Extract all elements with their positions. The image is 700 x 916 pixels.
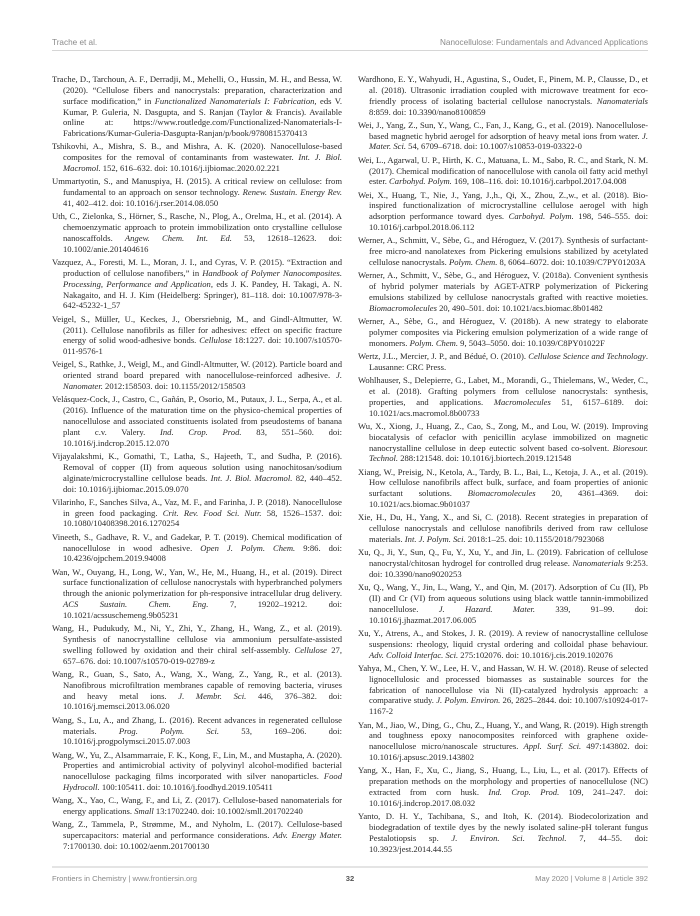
reference-details: 152, 616–632. doi: 10.1016/j.ijbiomac.20… [101, 163, 280, 173]
reference-entry: Vazquez, A., Foresti, M. L., Moran, J. I… [52, 257, 342, 311]
reference-entry: Wei, X., Huang, T., Nie, J., Yang, J.,h.… [358, 190, 648, 233]
reference-source: Open J. Polym. Chem. [200, 543, 295, 553]
reference-source: Ind. Crop. Prod. [488, 787, 559, 797]
reference-source: Angew. Chem. Int. Ed. [125, 233, 232, 243]
reference-source: Appl. Surf. Sci. [523, 741, 581, 751]
journal-website-link[interactable]: Frontiers in Chemistry | www.frontiersin… [52, 874, 197, 883]
reference-entry: Wertz, J.L., Mercier, J. P., and Bédué, … [358, 351, 648, 373]
reference-entry: Veigel, S., Müller, U., Keckes, J., Ober… [52, 314, 342, 357]
reference-source: Functionalized Nanomaterials I: Fabricat… [155, 96, 315, 106]
references-column-right: Wardhono, E. Y., Wahyudi, H., Agustina, … [358, 74, 648, 857]
reference-source: J. Membr. Sci. [178, 691, 246, 701]
reference-source: J. Hazard. Mater. [439, 604, 535, 614]
reference-source: Int. J. Biol. Macromol. [211, 473, 293, 483]
reference-entry: Wang, R., Guan, S., Sato, A., Wang, X., … [52, 669, 342, 712]
reference-text: Wei, J., Yang, Z., Sun, Y., Wang, C., Fa… [358, 120, 648, 141]
reference-details: 2012:158503. doi: 10.1155/2012/158503 [103, 381, 246, 391]
reference-entry: Tshikovhi, A., Mishra, S. B., and Mishra… [52, 141, 342, 174]
reference-text: Werner, A., Schmitt, V., Sèbe, G., and H… [358, 270, 648, 302]
reference-source: Biomacromolecules [468, 488, 536, 498]
reference-entry: Xie, H., Du, H., Yang, X., and Si, C. (2… [358, 512, 648, 545]
reference-source: Cellulose Science and Technology [528, 351, 646, 361]
reference-text: Wang, W., Yu, Z., Alsammarraie, F. K., K… [52, 750, 342, 782]
reference-entry: Yanto, D. H. Y., Tachibana, S., and Itoh… [358, 811, 648, 854]
reference-details: 275:102076. doi: 10.1016/j.cis.2019.1020… [458, 650, 613, 660]
reference-details: 169, 108–116. doi: 10.1016/j.carbpol.201… [452, 176, 627, 186]
reference-entry: Wei, L., Agarwal, U. P., Hirth, K. C., M… [358, 155, 648, 188]
reference-source: Nanomaterials [597, 96, 648, 106]
reference-entry: Trache, D., Tarchoun, A. F., Derradji, M… [52, 74, 342, 139]
reference-details: 20, 490–501. doi: 10.1021/acs.biomac.8b0… [437, 303, 603, 313]
reference-entry: Yahya, M., Chen, Y. W., Lee, H. V., and … [358, 663, 648, 717]
reference-entry: Xu, Q., Wang, Y., Jin, L., Wang, Y., and… [358, 582, 648, 625]
reference-source: Biomacromolecules [369, 303, 437, 313]
page: Trache et al. Nanocellulose: Fundamental… [0, 0, 700, 916]
reference-entry: Wang, Z., Tammela, P., Strømme, M., and … [52, 819, 342, 852]
reference-entry: Yan, M., Jiao, W., Ding, G., Chu, Z., Hu… [358, 720, 648, 763]
reference-entry: Wohlhauser, S., Delepierre, G., Labet, M… [358, 375, 648, 418]
reference-source: ACS Sustain. Chem. Eng. [63, 599, 208, 609]
footer-divider [52, 866, 648, 868]
reference-text: Xu, Y., Atrens, A., and Stokes, J. R. (2… [358, 628, 648, 649]
page-number: 32 [346, 874, 354, 883]
reference-source: Adv. Energy Mater. [273, 830, 342, 840]
reference-source: Polym. Chem. [410, 338, 458, 348]
reference-entry: Ummartyotin, S., and Manuspiya, H. (2015… [52, 176, 342, 209]
reference-source: Ind. Crop. Prod. [160, 427, 242, 437]
reference-source: J. Environ. Sci. Technol. [451, 833, 566, 843]
reference-source: Macromolecules [494, 397, 551, 407]
reference-entry: Wei, J., Yang, Z., Sun, Y., Wang, C., Fa… [358, 120, 648, 153]
reference-text: Wu, X., Xiong, J., Huang, Z., Cao, S., Z… [358, 421, 648, 453]
reference-details: 8:859. doi: 10.3390/nano8100859 [369, 107, 486, 117]
reference-source: Polym. Chem. [449, 257, 497, 267]
reference-source: Prog. Polym. Sci. [119, 726, 219, 736]
reference-entry: Wang, S., Lu, A., and Zhang, L. (2016). … [52, 715, 342, 748]
reference-entry: Xu, Y., Atrens, A., and Stokes, J. R. (2… [358, 628, 648, 661]
running-head-authors: Trache et al. [52, 38, 97, 47]
reference-entry: Velásquez-Cock, J., Castro, C., Gañán, P… [52, 394, 342, 448]
reference-details: 7:1700130. doi: 10.1002/aenm.201700130 [63, 841, 209, 851]
references-column-left: Trache, D., Tarchoun, A. F., Derradji, M… [52, 74, 342, 857]
reference-entry: Wu, X., Xiong, J., Huang, Z., Cao, S., Z… [358, 421, 648, 464]
reference-details: 100:105411. doi: 10.1016/j.foodhyd.2019.… [100, 782, 273, 792]
reference-source: Nanomaterials [573, 558, 624, 568]
reference-source: Small [134, 806, 154, 816]
reference-entry: Vijayalakshmi, K., Gomathi, T., Latha, S… [52, 451, 342, 494]
reference-entry: Vilarinho, F., Sanches Silva, A., Vaz, M… [52, 497, 342, 530]
reference-source: Renew. Sustain. Energy Rev. [243, 187, 342, 197]
reference-entry: Werner, A., Schmitt, V., Sèbe, G., and H… [358, 270, 648, 313]
reference-text: Wertz, J.L., Mercier, J. P., and Bédué, … [358, 351, 528, 361]
reference-entry: Wan, W., Ouyang, H., Long, W., Yan, W., … [52, 567, 342, 621]
reference-entry: Werner, A., Sèbe, G., and Héroguez, V. (… [358, 316, 648, 349]
reference-source: Carbohyd. Polym. [509, 211, 574, 221]
reference-details: 288:121548. doi: 10.1016/j.biortech.2019… [398, 453, 571, 463]
reference-details: 8, 6064–6072. doi: 10.1039/C7PY01203A [497, 257, 645, 267]
reference-entry: Yang, X., Han, F., Xu, C., Jiang, S., Hu… [358, 765, 648, 808]
running-head-title: Nanocellulose: Fundamentals and Advanced… [440, 38, 648, 47]
reference-entry: Werner, A., Schmitt, V., Sèbe, G., and H… [358, 235, 648, 268]
reference-entry: Veigel, S., Rathke, J., Weigl, M., and G… [52, 359, 342, 392]
reference-entry: Xiang, W., Preisig, N., Ketola, A., Tard… [358, 467, 648, 510]
issue-info: May 2020 | Volume 8 | Article 392 [535, 874, 648, 883]
references-section: Trache, D., Tarchoun, A. F., Derradji, M… [52, 74, 648, 857]
running-head: Trache et al. Nanocellulose: Fundamental… [52, 31, 648, 47]
reference-text: Wan, W., Ouyang, H., Long, W., Yan, W., … [52, 567, 342, 599]
reference-entry: Xu, Q., Ji, Y., Sun, Q., Fu, Y., Xu, Y.,… [358, 547, 648, 580]
reference-details: 13:1702240. doi: 10.1002/smll.201702240 [154, 806, 303, 816]
reference-text: Veigel, S., Rathke, J., Weigl, M., and G… [52, 359, 342, 380]
reference-source: J. Polym. Environ. [436, 695, 500, 705]
reference-entry: Wang, W., Yu, Z., Alsammarraie, F. K., K… [52, 750, 342, 793]
reference-source: Int. J. Polym. Sci. [405, 534, 466, 544]
reference-source: Adv. Colloid Interfac. Sci. [369, 650, 458, 660]
reference-entry: Wang, X., Yao, C., Wang, F., and Li, Z. … [52, 795, 342, 817]
reference-details: 2018:1–25. doi: 10.1155/2018/7923068 [466, 534, 604, 544]
reference-entry: Wardhono, E. Y., Wahyudi, H., Agustina, … [358, 74, 648, 117]
reference-source: Cellulose [295, 645, 327, 655]
reference-details: 9, 5043–5050. doi: 10.1039/C8PY01022F [458, 338, 605, 348]
reference-entry: Vineeth, S., Gadhave, R. V., and Gadekar… [52, 532, 342, 565]
reference-source: Carbohyd. Polym. [389, 176, 452, 186]
reference-entry: Wang, H., Pudukudy, M., Ni, Y., Zhi, Y.,… [52, 623, 342, 666]
header-divider [52, 50, 648, 51]
reference-source: Cellulose [199, 335, 231, 345]
reference-entry: Uth, C., Zielonka, S., Hörner, S., Rasch… [52, 211, 342, 254]
page-footer: Frontiers in Chemistry | www.frontiersin… [52, 871, 648, 885]
reference-source: Crit. Rev. Food Sci. Nutr. [163, 508, 262, 518]
reference-details: 54, 6709–6718. doi: 10.1007/s10853-019-0… [406, 141, 582, 151]
reference-details: 41, 402–412. doi: 10.1016/j.rser.2014.08… [63, 198, 218, 208]
